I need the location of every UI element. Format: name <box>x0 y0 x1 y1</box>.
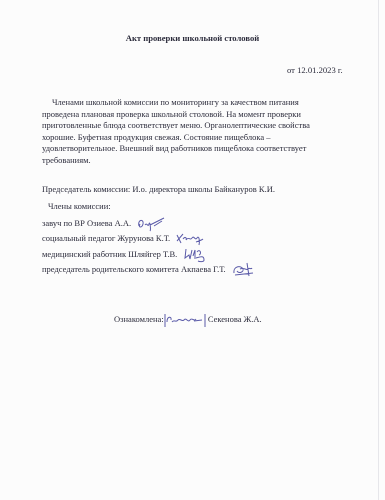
page-edge <box>378 0 379 500</box>
member-text: социальный педагог Журунова К.Т. <box>42 233 170 243</box>
signature-icon <box>175 231 205 247</box>
acknowledged-line: Ознакомлена: Секенова Ж.А. <box>114 312 262 328</box>
document-page: Акт проверки школьной столовой от 12.01.… <box>0 0 385 500</box>
member-line: председатель родительского комитета Акпа… <box>42 261 257 279</box>
chairman-line: Председатель комиссии: И.о. директора шк… <box>42 184 275 194</box>
member-text: завуч по ВР Озиева А.А. <box>42 218 131 228</box>
signature-icon <box>164 312 206 328</box>
member-line: социальный педагог Журунова К.Т. <box>42 231 205 247</box>
document-body: Членами школьной комиссии по мониторингу… <box>42 97 327 167</box>
acknowledged-name: Секенова Ж.А. <box>208 314 262 324</box>
member-text: председатель родительского комитета Акпа… <box>42 264 226 274</box>
member-line: завуч по ВР Озиева А.А. <box>42 216 166 232</box>
acknowledged-label: Ознакомлена: <box>114 314 164 324</box>
member-text: медицинский работник Шляйгер Т.В. <box>42 249 177 259</box>
document-title: Акт проверки школьной столовой <box>0 33 385 43</box>
signature-icon <box>136 216 166 232</box>
document-date: от 12.01.2023 г. <box>287 65 343 75</box>
signature-icon <box>231 261 257 279</box>
members-heading: Члены комиссии: <box>48 201 111 211</box>
